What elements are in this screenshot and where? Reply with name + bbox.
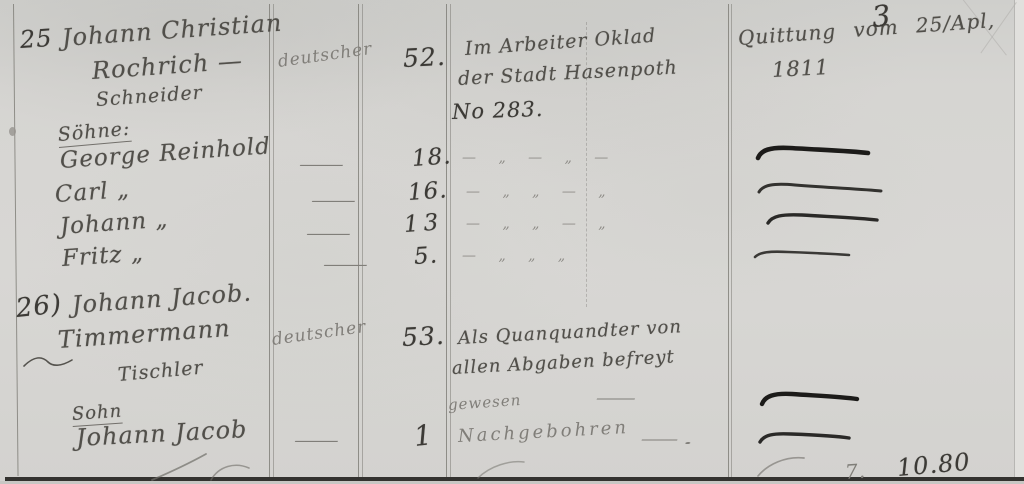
child-row-ditto-marks: — „ „ „: [462, 248, 566, 264]
receipt-dash-mark: [755, 428, 855, 450]
column-line-nation-b: [362, 4, 363, 477]
column-line-name-b: [273, 4, 274, 477]
receipt-dash-mark: [752, 142, 874, 166]
entry-26-remark-dash: —: [595, 388, 612, 407]
entry-26-remark-line1: Als Quanquandter von: [457, 316, 682, 349]
child-row-dash: —: [298, 154, 317, 175]
receipt-note-line2: 1811: [771, 55, 830, 82]
entry-25-remark-line2: der Stadt Hasenpoth: [457, 57, 678, 90]
cutoff-stroke-fragment: [752, 452, 812, 480]
column-line-remarks-a: [728, 4, 729, 477]
receipt-dash-mark: [756, 388, 864, 412]
entry-25-nation: deutscher: [277, 39, 374, 72]
entry-25-remark-line3: No 283.: [452, 97, 544, 124]
receipt-dash-mark: [753, 178, 888, 202]
column-line-age-a: [446, 4, 447, 477]
child-row-age: 5.: [413, 242, 439, 270]
column-line-remarks-b: [731, 4, 732, 477]
cutoff-number-fragment: 7.: [844, 459, 867, 484]
child-row-dash: —: [310, 190, 329, 211]
entry-26-age: 53.: [401, 321, 445, 352]
paper-speck: [9, 127, 16, 136]
child-row-age: 13: [403, 209, 444, 238]
child-row-dash: —: [293, 430, 312, 451]
entry-25-name-line1: Johann Christian: [61, 9, 283, 52]
page-right-edge: [1014, 0, 1024, 484]
entry-26-nation: deutscher: [271, 317, 368, 350]
document-scan-page: 25 Johann Christian Rochrich — Schneider…: [0, 0, 1024, 484]
entry-26-number: 26): [14, 289, 63, 324]
entry-25-number: 25: [19, 24, 53, 54]
entry-26-remark-line2: allen Abgaben befreyt: [451, 346, 675, 379]
child-row-name: Johann „: [59, 206, 169, 240]
child-row-dash: —: [322, 254, 341, 275]
child-row-remark-dash: —.: [640, 430, 662, 448]
receipt-dash-mark: [750, 245, 855, 265]
child-row-ditto-marks: — „ „ — „: [466, 184, 607, 200]
child-row-age: 16.: [407, 177, 448, 206]
cutoff-stroke-fragment: [205, 460, 255, 484]
entry-25-remark-line1: Im Arbeiter Oklad: [464, 25, 657, 60]
entry-26-name-line2: Timmermann: [57, 314, 231, 354]
child-row-age: 1: [412, 418, 434, 453]
page-number: 3: [870, 0, 893, 34]
column-line-nation-a: [358, 4, 359, 477]
entry-25-age: 52.: [402, 42, 446, 73]
child-row-ditto-marks: — „ „ — „: [466, 216, 607, 232]
receipt-dash-mark: [762, 208, 884, 232]
child-row-remark: Nachgebohren: [457, 417, 629, 447]
column-line-name-a: [269, 4, 270, 477]
child-row-ditto-marks: — „ — „ —: [462, 150, 609, 166]
cutoff-stroke-fragment: [470, 456, 530, 482]
entry-25-trade: Schneider: [95, 82, 203, 111]
name-flourish-mark: [20, 352, 78, 372]
child-row-age: 18.: [411, 143, 452, 172]
child-row-name: Fritz „: [61, 240, 145, 272]
child-row-dash: —: [305, 223, 324, 244]
entry-26-name-line1: Johann Jacob.: [71, 278, 253, 319]
entry-26-trade: Tischler: [117, 357, 204, 386]
receipt-note-line1: Quittung vom 25/Apl,: [737, 8, 996, 50]
table-left-border-line: [13, 4, 19, 476]
child-row-name: Carl „: [54, 177, 131, 208]
entry-25-name-line2: Rochrich —: [91, 46, 244, 84]
entry-26-remark-line3: gewesen: [447, 391, 522, 414]
